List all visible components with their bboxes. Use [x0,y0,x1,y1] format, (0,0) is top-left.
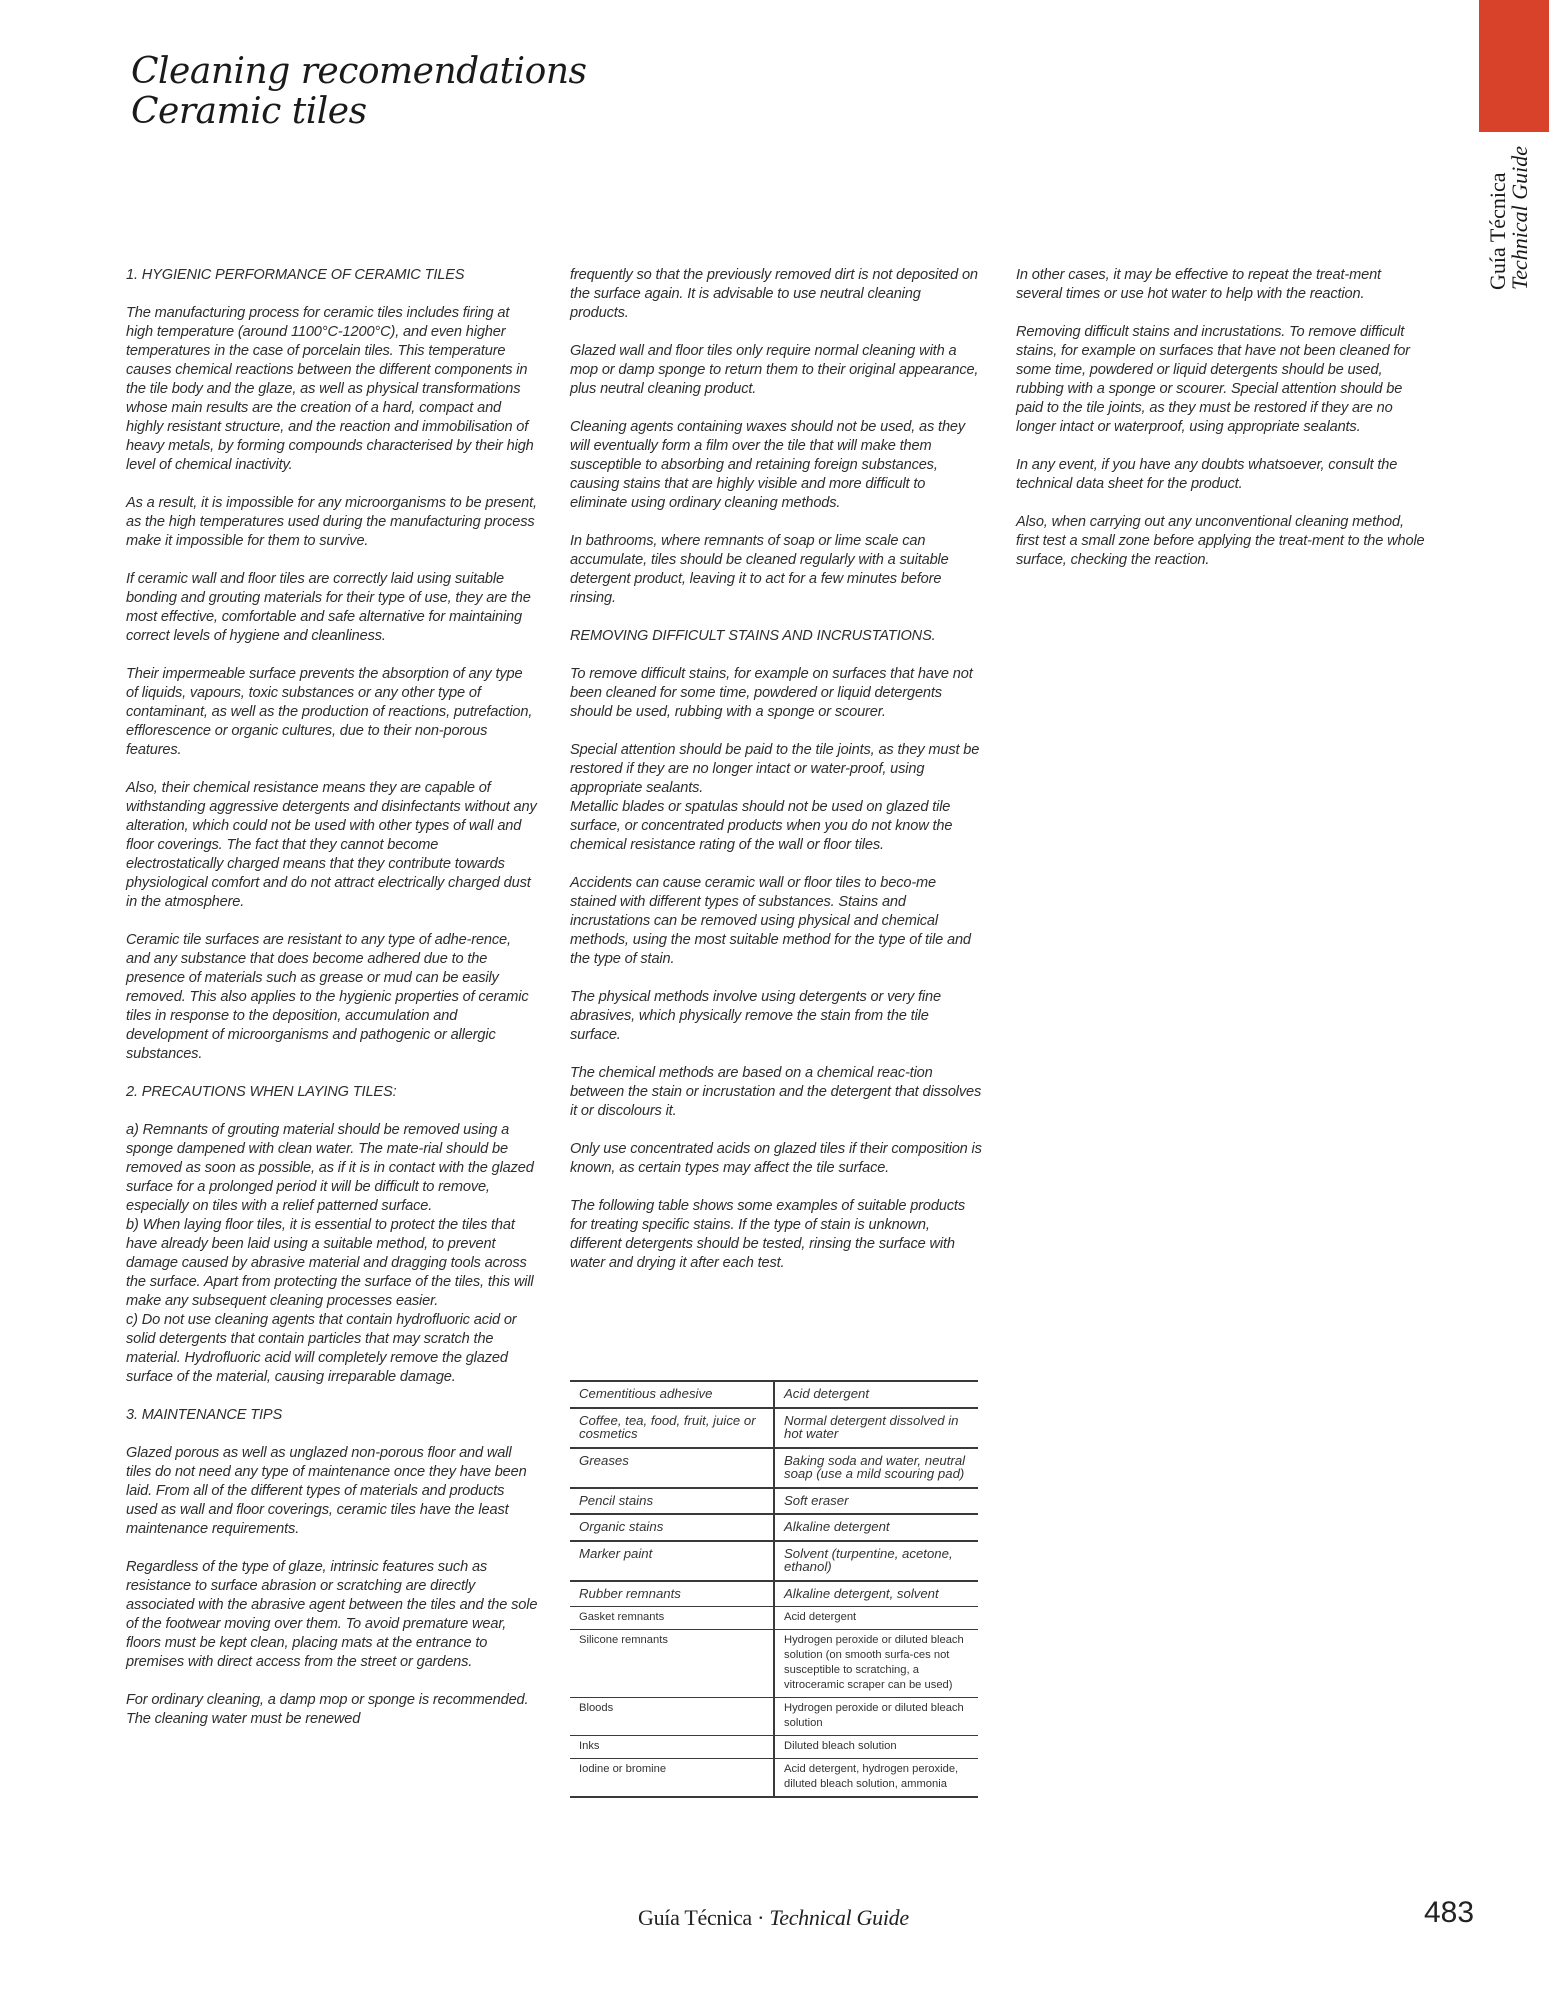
stain-cell: Marker paint [570,1541,774,1581]
product-cell: Alkaline detergent [774,1514,978,1541]
table-row: Greases Baking soda and water, neutral s… [570,1448,978,1488]
table-row: Silicone remnants Hydrogen peroxide or d… [570,1630,978,1698]
stain-cell: Coffee, tea, food, fruit, juice or cosme… [570,1408,774,1448]
paragraph: b) When laying floor tiles, it is essent… [126,1216,538,1311]
stain-cell: Cementitious adhesive [570,1381,774,1408]
stain-cell: Greases [570,1448,774,1488]
table-row: Bloods Hydrogen peroxide or diluted blea… [570,1698,978,1736]
section-heading-hygienic: 1. HYGIENIC PERFORMANCE OF CERAMIC TILES [126,266,538,285]
product-cell: Alkaline detergent, solvent [774,1581,978,1607]
text-column-2: frequently so that the previously remove… [570,266,982,1292]
side-label-spanish: Guía Técnica [1487,146,1509,290]
stain-cell: Organic stains [570,1514,774,1541]
paragraph: Glazed wall and floor tiles only require… [570,342,982,399]
table-row: Pencil stains Soft eraser [570,1488,978,1515]
section-heading-difficult-stains: REMOVING DIFFICULT STAINS AND INCRUSTATI… [570,627,982,646]
paragraph: Their impermeable surface prevents the a… [126,665,538,760]
stain-cell: Inks [570,1736,774,1759]
paragraph: Regardless of the type of glaze, intrins… [126,1558,538,1672]
page-title-line1: Cleaning recomendations [131,52,587,92]
paragraph: To remove difficult stains, for example … [570,665,982,722]
page-title: Cleaning recomendations Ceramic tiles [131,52,587,132]
section-color-tab [1479,0,1549,132]
table-row: Organic stains Alkaline detergent [570,1514,978,1541]
product-cell: Hydrogen peroxide or diluted bleach solu… [774,1698,978,1736]
paragraph: The following table shows some examples … [570,1197,982,1273]
paragraph: The manufacturing process for ceramic ti… [126,304,538,475]
footer-label-english: Technical Guide [769,1905,909,1930]
table-row: Rubber remnants Alkaline detergent, solv… [570,1581,978,1607]
product-cell: Baking soda and water, neutral soap (use… [774,1448,978,1488]
product-cell: Solvent (turpentine, acetone, ethanol) [774,1541,978,1581]
footer-guide-label: Guía Técnica · Technical Guide [638,1905,909,1931]
table-row: Inks Diluted bleach solution [570,1736,978,1759]
side-section-label: Guía Técnica Technical Guide [1479,140,1549,300]
product-cell: Acid detergent [774,1607,978,1630]
product-cell: Soft eraser [774,1488,978,1515]
stain-cell: Bloods [570,1698,774,1736]
paragraph: In other cases, it may be effective to r… [1016,266,1428,304]
product-cell: Acid detergent, hydrogen peroxide, dilut… [774,1759,978,1798]
paragraph: The physical methods involve using deter… [570,988,982,1045]
table-row: Marker paint Solvent (turpentine, aceton… [570,1541,978,1581]
text-column-3: In other cases, it may be effective to r… [1016,266,1428,589]
paragraph: In bathrooms, where remnants of soap or … [570,532,982,608]
paragraph: Special attention should be paid to the … [570,741,982,798]
paragraph: As a result, it is impossible for any mi… [126,494,538,551]
product-cell: Hydrogen peroxide or diluted bleach solu… [774,1630,978,1698]
paragraph: Ceramic tile surfaces are resistant to a… [126,931,538,1064]
product-cell: Normal detergent dissolved in hot water [774,1408,978,1448]
paragraph: Also, when carrying out any unconvention… [1016,513,1428,570]
footer-label-spanish: Guía Técnica · [638,1905,769,1930]
table-row: Coffee, tea, food, fruit, juice or cosme… [570,1408,978,1448]
page-number: 483 [1424,1896,1474,1930]
paragraph: The chemical methods are based on a chem… [570,1064,982,1121]
product-cell: Acid detergent [774,1381,978,1408]
stain-cell: Iodine or bromine [570,1759,774,1798]
table-row: Cementitious adhesive Acid detergent [570,1381,978,1408]
table-row: Gasket remnants Acid detergent [570,1607,978,1630]
paragraph: a) Remnants of grouting material should … [126,1121,538,1216]
table-row: Iodine or bromine Acid detergent, hydrog… [570,1759,978,1798]
paragraph: frequently so that the previously remove… [570,266,982,323]
paragraph: Glazed porous as well as unglazed non-po… [126,1444,538,1539]
side-label-english: Technical Guide [1509,146,1531,290]
paragraph: Cleaning agents containing waxes should … [570,418,982,513]
section-heading-maintenance: 3. MAINTENANCE TIPS [126,1406,538,1425]
paragraph: Also, their chemical resistance means th… [126,779,538,912]
product-cell: Diluted bleach solution [774,1736,978,1759]
paragraph: If ceramic wall and floor tiles are corr… [126,570,538,646]
paragraph: c) Do not use cleaning agents that conta… [126,1311,538,1387]
stain-products-table: Cementitious adhesive Acid detergent Cof… [570,1380,978,1798]
paragraph: Accidents can cause ceramic wall or floo… [570,874,982,969]
stain-cell: Pencil stains [570,1488,774,1515]
paragraph: For ordinary cleaning, a damp mop or spo… [126,1691,538,1729]
stain-cell: Gasket remnants [570,1607,774,1630]
stain-cell: Silicone remnants [570,1630,774,1698]
paragraph: Only use concentrated acids on glazed ti… [570,1140,982,1178]
stain-cell: Rubber remnants [570,1581,774,1607]
paragraph: Metallic blades or spatulas should not b… [570,798,982,855]
page-title-line2: Ceramic tiles [131,92,587,132]
paragraph: In any event, if you have any doubts wha… [1016,456,1428,494]
section-heading-precautions: 2. PRECAUTIONS WHEN LAYING TILES: [126,1083,538,1102]
text-column-1: 1. HYGIENIC PERFORMANCE OF CERAMIC TILES… [126,266,538,1748]
paragraph: Removing difficult stains and incrustati… [1016,323,1428,437]
